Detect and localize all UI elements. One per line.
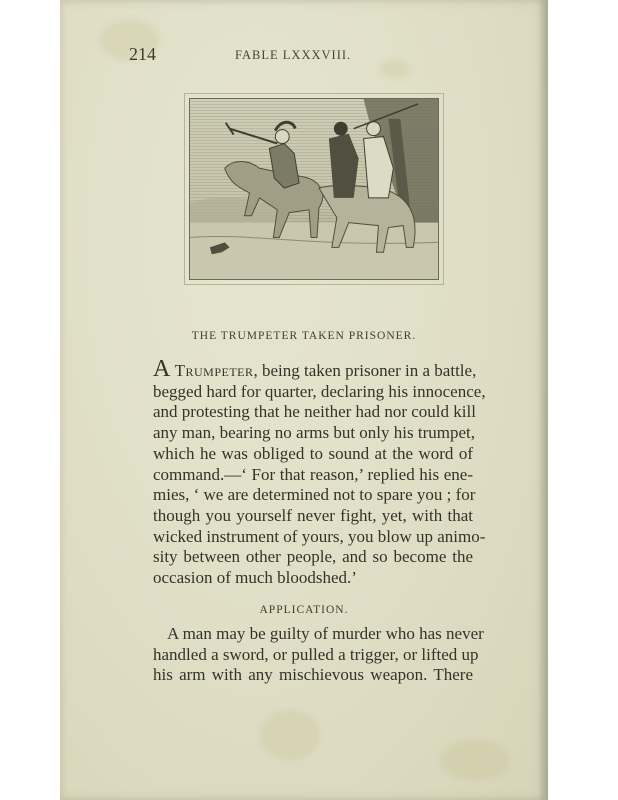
running-head: FABLE LXXXVIII. (235, 48, 351, 63)
application-text: A man may be guilty of murder who has ne… (153, 624, 473, 686)
engraving-drawing (190, 99, 438, 279)
page-number: 214 (129, 44, 156, 65)
engraving-trumpeter-horsemen-icon (189, 98, 439, 280)
paper-stain (440, 740, 510, 780)
fable-line: which he was obliged to sound at the wor… (153, 444, 473, 465)
fable-line: wicked instrument of yours, you blow up … (153, 527, 473, 548)
fable-line: occasion of much bloodshed.’ (153, 568, 473, 589)
fable-line: and protesting that he neither had nor c… (153, 402, 473, 423)
illustration-plate (184, 93, 444, 285)
fable-line: any man, bearing no arms but only his tr… (153, 423, 473, 444)
application-line: handled a sword, or pulled a trigger, or… (153, 645, 473, 666)
application-line: his arm with any mischievous weapon. The… (153, 665, 473, 686)
fable-line: though you yourself never fight, yet, wi… (153, 506, 473, 527)
fable-text: A Trumpeter, being taken prisoner in a b… (153, 357, 473, 589)
application-heading: APPLICATION. (60, 604, 548, 616)
drop-cap: A (153, 356, 170, 382)
fable-line: mies, ‘ we are determined not to spare y… (153, 485, 473, 506)
fable-line: A Trumpeter, being taken prisoner in a b… (153, 357, 473, 382)
page-header: 214 FABLE LXXXVIII. (60, 44, 548, 64)
fable-line-text: , being taken prisoner in a battle, (254, 361, 477, 380)
fable-line: command.—‘ For that reason,’ replied his… (153, 465, 473, 486)
fable-line: begged hard for quarter, declaring his i… (153, 382, 473, 403)
fable-title: THE TRUMPETER TAKEN PRISONER. (60, 330, 548, 342)
application-line: A man may be guilty of murder who has ne… (153, 624, 473, 645)
book-page: 214 FABLE LXXXVIII. (60, 0, 548, 800)
small-caps-word: Trumpeter (175, 361, 254, 380)
fable-line: sity between other people, and so become… (153, 547, 473, 568)
paper-stain (260, 710, 320, 760)
